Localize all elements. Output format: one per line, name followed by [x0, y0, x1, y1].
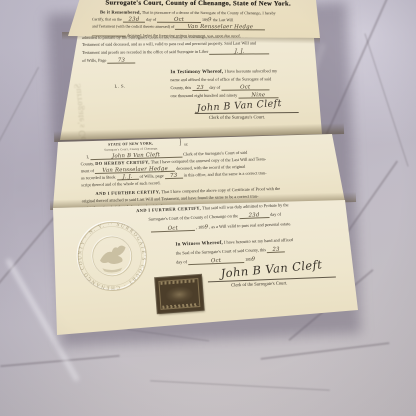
day-handwriting: 23 [272, 247, 279, 253]
witness-line2: the Seal of the Surrogate's Court of sai… [176, 246, 285, 256]
printed-text: the Seal of the Surrogate's Court of sai… [176, 247, 266, 255]
clerk-title-bottom: Clerk of the Surrogate's Court. [231, 280, 287, 287]
printed-text: one thousand eight hundred and ninety [171, 93, 238, 99]
opening-line3: and Testament (with the codicil thereto … [92, 23, 265, 30]
year-handwriting: Nine [251, 92, 265, 98]
seal-eagle-icon [100, 246, 127, 265]
printed-text: That I have compared the above copy of C… [161, 186, 280, 194]
month-handwriting: Oct [174, 17, 184, 23]
further2-line2: Surrogate's Court of the County of Chena… [148, 212, 281, 223]
printed-text: I have hereunto set my hand and affixed [224, 237, 293, 245]
printed-text: Surrogate's Court of the County of Chena… [148, 213, 238, 221]
opening-line2: Certify, that on the 23d day of Oct 1899… [92, 16, 233, 23]
printed-text: County, this [170, 85, 191, 90]
marble-vein [364, 33, 408, 166]
opening-line8: of Wills, Page 73 [82, 57, 135, 63]
printed-text: day of [209, 85, 220, 90]
document-panel-upper: Surrogate's Court admitted to probate by… [56, 26, 326, 144]
opening-line7: Testament and proofs are recorded in the… [82, 48, 269, 56]
testimony-lead: In Testimony Whereof, [170, 70, 223, 75]
month-handwriting: Oct [240, 84, 250, 90]
ss-brace: } [179, 140, 182, 145]
printed-text: , as a Will valid to pass real and perso… [209, 221, 291, 229]
photo-of-legal-document: Surrogate's Court admitted to probate by… [0, 0, 416, 416]
printed-text: day of [176, 259, 187, 264]
document-top-fold: Surrogate's Court, County of Chenango, S… [66, 0, 322, 40]
year-digit-handwriting: 9 [251, 257, 255, 263]
opening-line1: Be it Remembered, That in pursuance of a… [100, 10, 276, 16]
do-hereby-certify: DO HEREBY CERTIFY, [95, 160, 150, 167]
printed-text: Clerk of the Surrogate's Court of said [183, 150, 247, 157]
document-title: Surrogate's Court, County of Chenango, S… [80, 0, 316, 8]
marble-vein [0, 67, 39, 173]
printed-text: in this office, and that the same is a c… [184, 170, 267, 177]
printed-text: and Testament (with the codicil thereto … [92, 23, 174, 28]
page-handwriting: 73 [170, 173, 177, 179]
book-blank: J. J. [116, 174, 138, 181]
printed-text: the Last Will [213, 17, 234, 22]
page-blank: 73 [107, 57, 135, 63]
printed-text: I have hereunto subscribed my [224, 68, 277, 73]
month-blank: Oct [151, 225, 195, 233]
printed-text: day of [270, 212, 281, 217]
opening-lead: Be it Remembered, [100, 10, 141, 15]
printed-text: as recorded in Book [81, 174, 116, 180]
year-digit-handwriting: 9 [208, 17, 212, 23]
page-blank: 73 [165, 173, 183, 180]
marble-vein [260, 342, 389, 360]
witness-lead: In Witness Whereof, [175, 241, 223, 248]
opening-line6: Testament of said deceased, and as a wil… [82, 40, 256, 47]
clerk-title-middle: Clerk of the Surrogate's Court. [209, 114, 265, 119]
further-certify-lead: AND I FURTHER CERTIFY, [95, 189, 160, 196]
printed-text: , 189 [196, 224, 205, 229]
testimony-line1: In Testimony Whereof, I have hereunto su… [170, 68, 277, 75]
day-blank: 23 [267, 246, 285, 253]
month-handwriting: Oct [211, 258, 221, 264]
day-blank: 23d [123, 17, 145, 23]
printed-text: deceased, with the record of the origina… [176, 164, 245, 171]
printed-text: Testament and proofs are recorded in the… [82, 49, 208, 55]
marble-vein [150, 380, 330, 390]
day-handwriting: 23 [197, 85, 204, 91]
testator-handwriting: Van Rensselaer Hedge [188, 24, 254, 30]
printed-text: day of [146, 17, 156, 22]
further2-line3: Oct , 1899 , as a Will valid to pass rea… [151, 221, 292, 232]
continuation-blank [92, 30, 126, 36]
month-blank: Oct [157, 17, 201, 23]
day-handwriting: 23d [249, 212, 260, 218]
liber-blank: J. J. [210, 48, 270, 55]
page-handwriting: 73 [118, 58, 125, 64]
ss-label: ss: [184, 141, 188, 146]
printed-text: I, [86, 154, 89, 159]
liber-handwriting: J. J. [235, 49, 245, 55]
printed-text: That in pursuance of a decree of the Sur… [142, 10, 276, 16]
testator-blank: Van Rensselaer Hedge [175, 24, 265, 30]
ls-mark: L. S. [114, 84, 125, 89]
testimony-line3: County, this 23 day of Oct [170, 84, 269, 91]
printed-text: County, [81, 161, 95, 166]
month-blank: Oct [221, 84, 269, 90]
day-handwriting: 23d [128, 17, 139, 23]
printed-text: of Wills, Page [82, 58, 106, 63]
month-blank: Oct [188, 257, 244, 265]
day-blank: 23d [239, 212, 269, 219]
day-blank: 23 [192, 85, 208, 91]
printed-text: ment of [81, 168, 94, 173]
testimony-line2: name and affixed the seal of office of t… [170, 76, 271, 82]
book-handwriting: J. J. [123, 174, 133, 180]
printed-text: Certify, that on the [92, 16, 122, 21]
revenue-stamp [155, 275, 203, 313]
printed-text: of Wills, page [140, 173, 164, 179]
year-digit-handwriting: 9 [204, 224, 208, 230]
embossed-court-seal: · SURROGATE'S COURT · CHENANGO COUNTY · … [66, 210, 157, 301]
month-handwriting: Oct [168, 225, 178, 231]
certificate-line5: script thereof and of the whole of such … [81, 180, 160, 187]
